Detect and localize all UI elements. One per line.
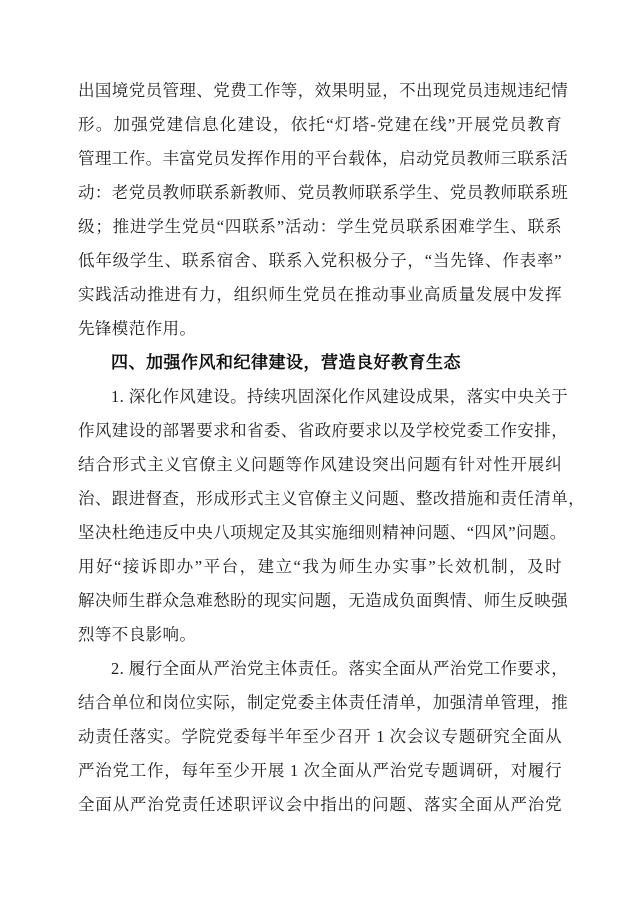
text-line: 动责任落实。学院党委每半年至少召开 1 次会议专题研究全面从 bbox=[78, 720, 562, 754]
text-line: 结合单位和岗位实际，制定党委主体责任清单，加强清单管理，推 bbox=[78, 686, 562, 720]
text-line: 低年级学生、联系宿舍、联系入党积极分子，“当先锋、作表率” bbox=[78, 244, 562, 278]
text-line: 实践活动推进有力，组织师生党员在推动事业高质量发展中发挥 bbox=[78, 278, 562, 312]
text-line: 烈等不良影响。 bbox=[78, 618, 562, 652]
paragraph-2: 2. 履行全面从严治党主体责任。落实全面从严治党工作要求， 结合单位和岗位实际，… bbox=[78, 652, 562, 822]
text-line: 2. 履行全面从严治党主体责任。落实全面从严治党工作要求， bbox=[78, 652, 562, 686]
text-line: 全面从严治党责任述职评议会中指出的问题、落实全面从严治党 bbox=[78, 788, 562, 822]
document-page: 出国境党员管理、党费工作等，效果明显，不出现党员违规违纪情 形。加强党建信息化建… bbox=[0, 0, 639, 905]
text-line: 管理工作。丰富党员发挥作用的平台载体，启动党员教师三联系活 bbox=[78, 142, 562, 176]
text-line: 严治党工作，每年至少开展 1 次全面从严治党专题调研，对履行 bbox=[78, 754, 562, 788]
document-text-block: 出国境党员管理、党费工作等，效果明显，不出现党员违规违纪情 形。加强党建信息化建… bbox=[78, 74, 562, 822]
text-line: 1. 深化作风建设。持续巩固深化作风建设成果，落实中央关于 bbox=[78, 380, 562, 414]
text-line: 治、跟进督查，形成形式主义官僚主义问题、整改措施和责任清单， bbox=[78, 482, 562, 516]
intro-paragraph: 出国境党员管理、党费工作等，效果明显，不出现党员违规违纪情 形。加强党建信息化建… bbox=[78, 74, 562, 346]
text-line: 用好“接诉即办”平台，建立“我为师生办实事”长效机制，及时 bbox=[78, 550, 562, 584]
text-line: 解决师生群众急难愁盼的现实问题，无造成负面舆情、师生反映强 bbox=[78, 584, 562, 618]
text-line: 动：老党员教师联系新教师、党员教师联系学生、党员教师联系班 bbox=[78, 176, 562, 210]
text-line: 作风建设的部署要求和省委、省政府要求以及学校党委工作安排， bbox=[78, 414, 562, 448]
section-heading: 四、加强作风和纪律建设，营造良好教育生态 bbox=[78, 346, 562, 380]
text-line: 结合形式主义官僚主义问题等作风建设突出问题有针对性开展纠 bbox=[78, 448, 562, 482]
paragraph-1: 1. 深化作风建设。持续巩固深化作风建设成果，落实中央关于 作风建设的部署要求和… bbox=[78, 380, 562, 652]
text-line: 形。加强党建信息化建设，依托“灯塔-党建在线”开展党员教育 bbox=[78, 108, 562, 142]
text-line: 先锋模范作用。 bbox=[78, 312, 562, 346]
text-line: 级；推进学生党员“四联系”活动：学生党员联系困难学生、联系 bbox=[78, 210, 562, 244]
text-line: 出国境党员管理、党费工作等，效果明显，不出现党员违规违纪情 bbox=[78, 74, 562, 108]
text-line: 坚决杜绝违反中央八项规定及其实施细则精神问题、“四风”问题。 bbox=[78, 516, 562, 550]
